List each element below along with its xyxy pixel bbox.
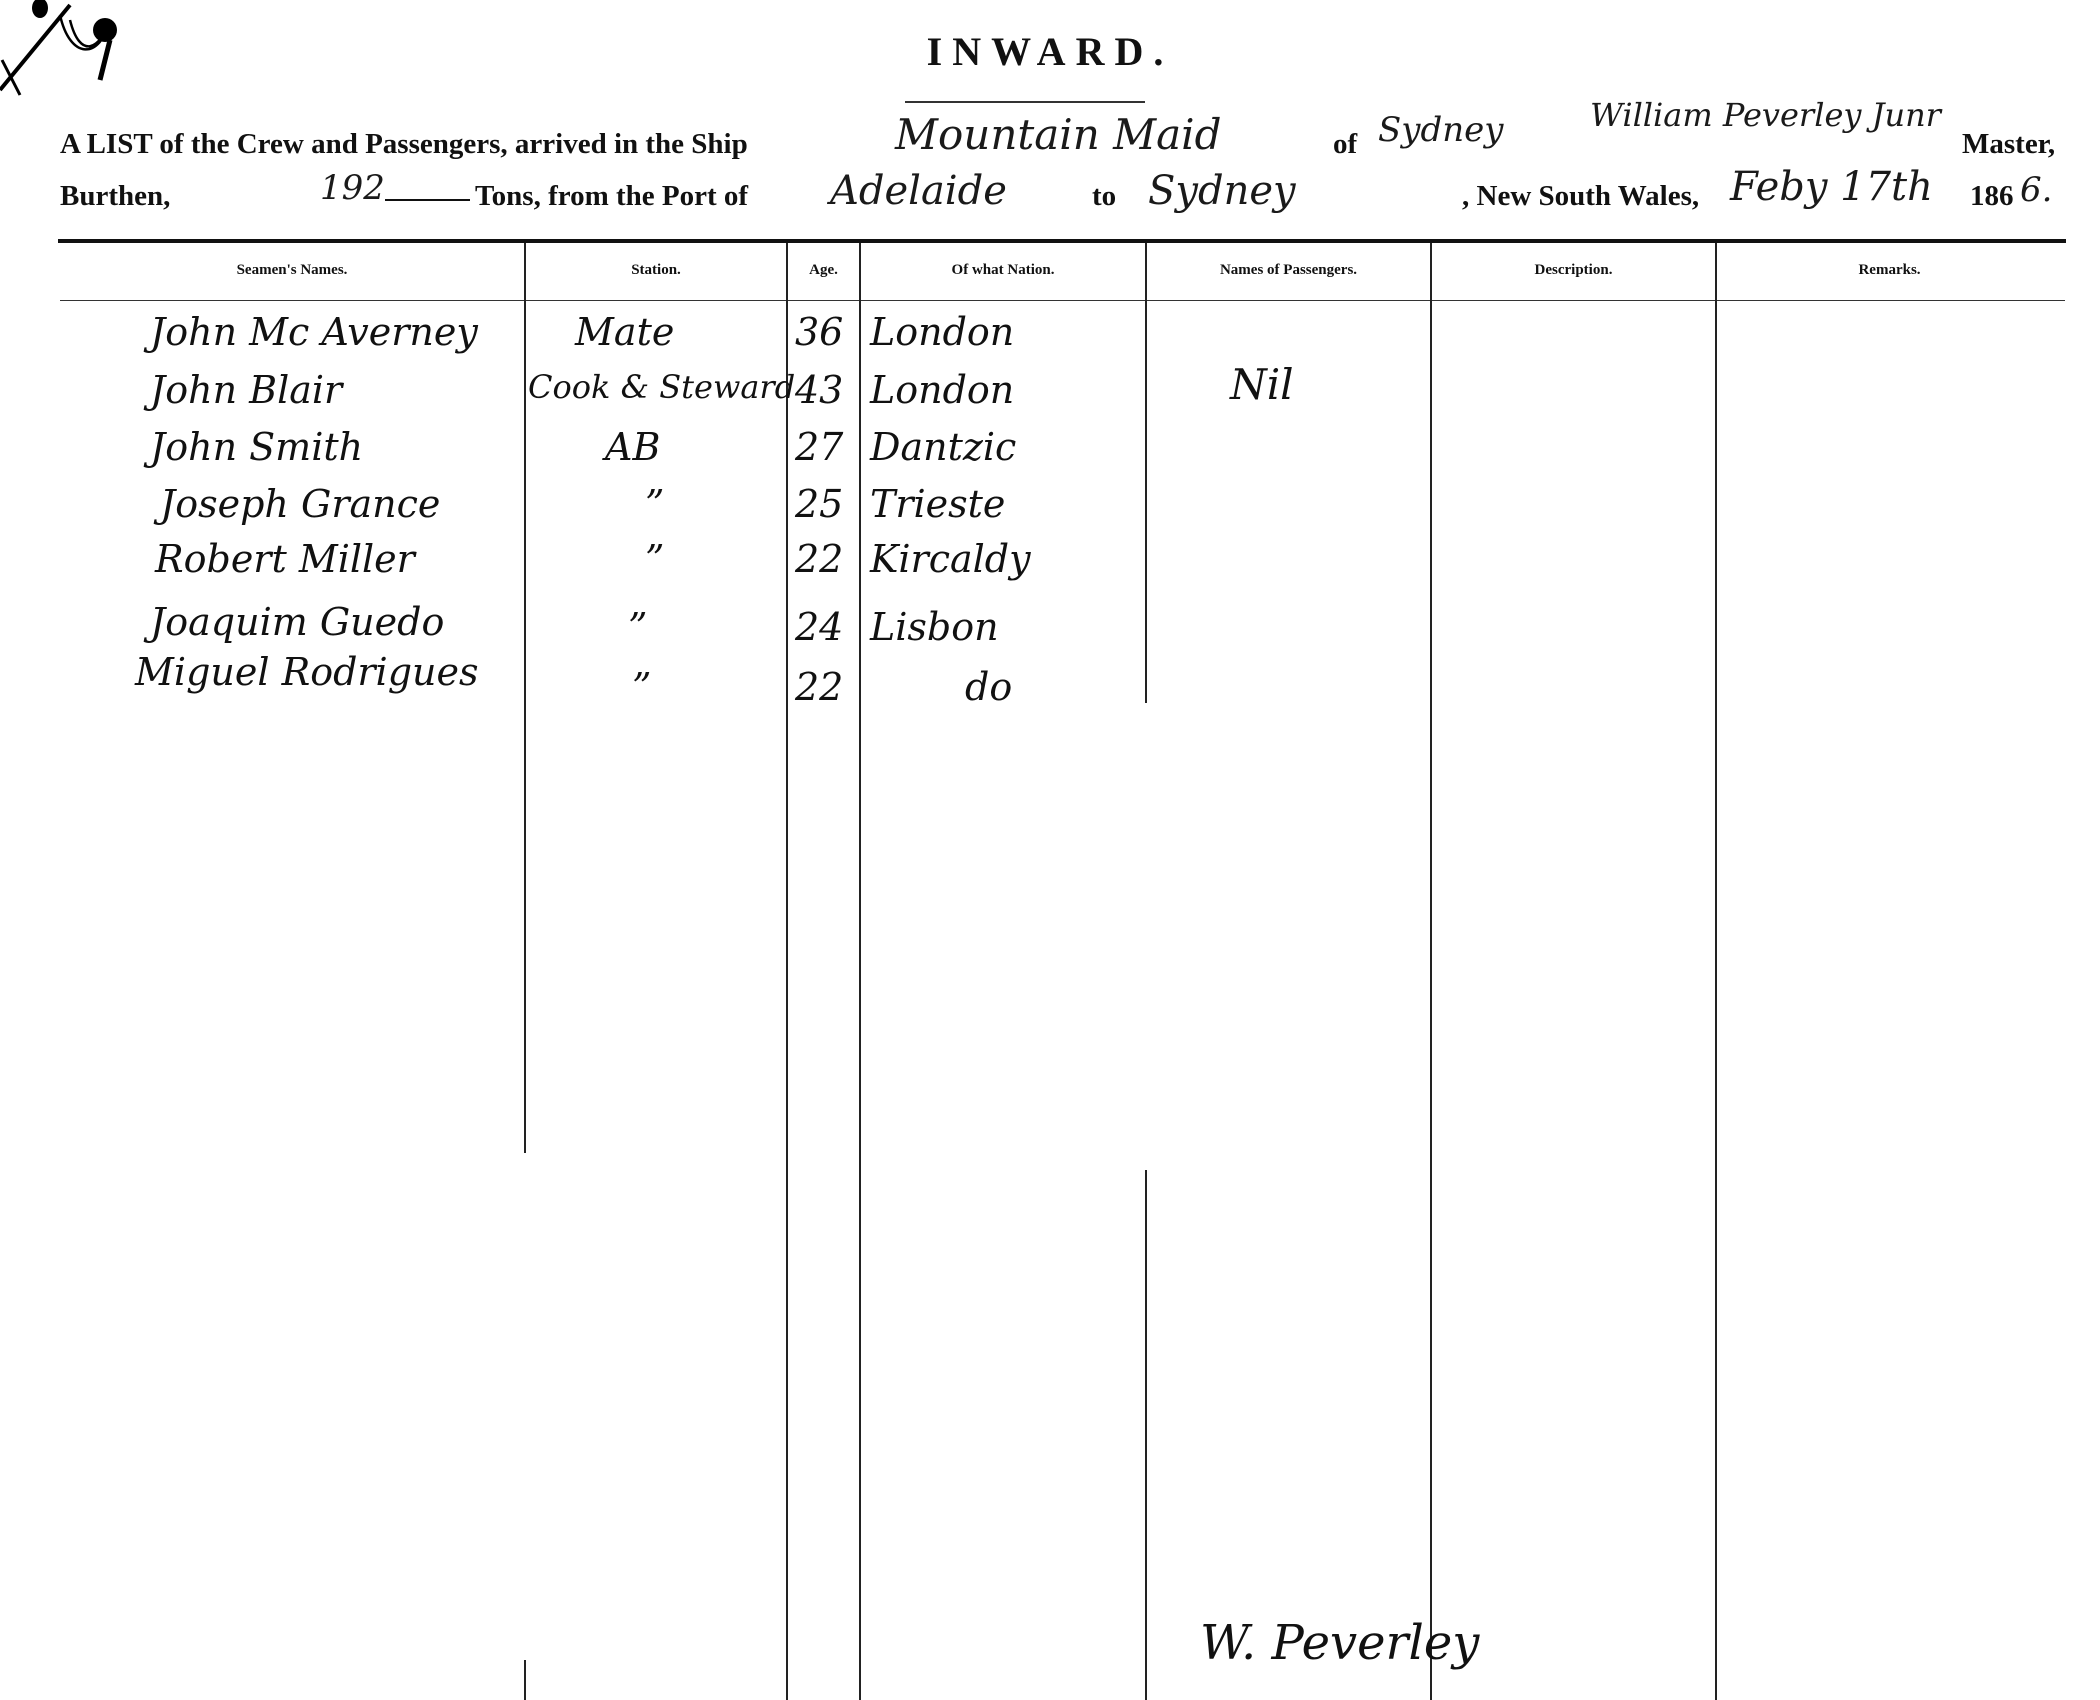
seaman-name: John Smith: [150, 425, 363, 469]
tonnage-dash: [385, 199, 470, 201]
seaman-name: John Blair: [150, 368, 342, 412]
list-heading-prefix: A LIST of the Crew and Passengers, arriv…: [60, 128, 748, 161]
column-divider-age: [786, 243, 788, 1700]
burthen-label: Burthen,: [60, 180, 170, 213]
column-header-station: Station.: [526, 262, 786, 279]
seaman-station: ”: [645, 482, 664, 526]
of-label: of: [1333, 128, 1357, 161]
seaman-nation: Dantzic: [870, 425, 1016, 469]
seaman-nation: Lisbon: [870, 605, 999, 649]
column-divider-passengers: [1145, 243, 1147, 703]
form-title: INWARD.: [0, 28, 2100, 75]
seaman-age: 43: [795, 368, 843, 412]
column-header-nation: Of what Nation.: [861, 262, 1145, 279]
seaman-nation: do: [965, 665, 1012, 709]
seaman-age: 24: [795, 605, 843, 649]
table-top-rule: [58, 239, 2066, 243]
master-label: Master,: [1962, 128, 2055, 161]
seaman-station: ”: [645, 537, 664, 581]
column-divider-station: [524, 243, 526, 1153]
arrival-port: Sydney: [1148, 168, 1296, 214]
ship-name-rule: [905, 101, 1145, 103]
column-header-age: Age.: [788, 262, 859, 279]
seaman-station: Mate: [575, 310, 674, 354]
column-divider-remarks: [1715, 243, 1717, 1700]
column-divider-passengers-lower: [1145, 1170, 1147, 1700]
seaman-station: ”: [632, 665, 651, 709]
seaman-age: 22: [795, 665, 843, 709]
column-header-description: Description.: [1432, 262, 1715, 279]
column-header-passengers: Names of Passengers.: [1147, 262, 1430, 279]
new-south-wales-label: , New South Wales,: [1462, 180, 1699, 213]
column-divider-description: [1430, 243, 1432, 1700]
seaman-age: 36: [795, 310, 843, 354]
seaman-nation: Trieste: [870, 482, 1005, 526]
column-divider-station-bottom: [524, 1660, 526, 1700]
ship-name: Mountain Maid: [895, 110, 1222, 159]
seaman-name: Joseph Grance: [160, 482, 440, 526]
table-header-rule: [60, 300, 2065, 301]
ship-home-port: Sydney: [1378, 110, 1504, 150]
to-label: to: [1092, 180, 1116, 213]
tons-from-port-label: Tons, from the Port of: [475, 180, 748, 213]
seaman-nation: London: [870, 310, 1014, 354]
seaman-age: 25: [795, 482, 843, 526]
seaman-nation: Kircaldy: [870, 537, 1031, 581]
seaman-station: ”: [628, 605, 647, 649]
departure-port: Adelaide: [830, 168, 1007, 214]
master-signature: W. Peverley: [1200, 1615, 1479, 1671]
tonnage-value: 192: [320, 168, 385, 208]
passengers-nil: Nil: [1230, 360, 1294, 409]
master-name: William Peverley Junr: [1590, 96, 1941, 134]
seaman-station: AB: [605, 425, 660, 469]
seaman-station: Cook & Steward: [528, 368, 795, 406]
seaman-nation: London: [870, 368, 1014, 412]
arrival-date: Feby 17th: [1730, 164, 1933, 210]
year-handwritten: 6.: [2020, 170, 2052, 210]
seaman-name: John Mc Averney: [150, 310, 478, 354]
seaman-name: Joaquim Guedo: [150, 600, 444, 644]
seaman-name: Robert Miller: [155, 537, 415, 581]
seaman-name: Miguel Rodrigues: [135, 650, 479, 694]
year-printed: 186: [1970, 180, 2014, 213]
column-header-seamens-names: Seamen's Names.: [60, 262, 524, 279]
seaman-age: 22: [795, 537, 843, 581]
column-header-remarks: Remarks.: [1717, 262, 2062, 279]
seaman-age: 27: [795, 425, 843, 469]
column-divider-nation: [859, 243, 861, 1700]
